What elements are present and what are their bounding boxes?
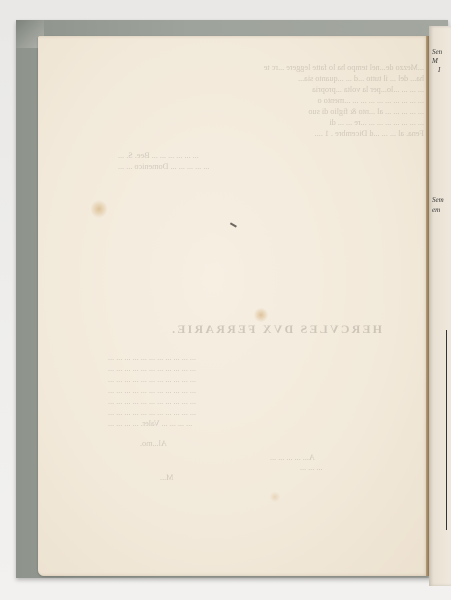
facing-page-text-5: em xyxy=(432,206,440,214)
bleed-heading: HERCVLES DVX FERRARIE. xyxy=(128,322,424,337)
bleed-line: ...Mezzo de...nel tempo ha lo fatte legg… xyxy=(108,62,424,73)
facing-page-text-3: I xyxy=(438,66,440,74)
bleed-closing: ... ... ... xyxy=(300,462,323,473)
bleed-body-line: ... ... ... ... ... ... ... ... ... ... … xyxy=(108,363,196,374)
bleed-line: Fena. al ... ... ...d Dicembre . 1 .... xyxy=(108,128,424,139)
bleed-body-line: ... ... ... ... ... ... ... ... ... ... … xyxy=(108,396,196,407)
bleed-line: ... ... ... ... ... ... ... ... ... ...m… xyxy=(108,95,424,106)
foxing-stain xyxy=(91,200,107,218)
bleed-signature: ... ... ... ... ... Domenico ... ... xyxy=(118,161,209,172)
page-gutter-edge xyxy=(426,36,429,576)
bleed-line: ... ... ... ... ... al ...nto & figlio d… xyxy=(108,106,424,117)
bleed-body-line: ... ... ... ... ... ... ... ... ... ... … xyxy=(108,385,196,396)
bleed-line: ... ... ... ...lo...per la volta ...prop… xyxy=(108,84,424,95)
bleed-body-line: ... ... ... ... ... ... ... ... ... ... … xyxy=(108,374,196,385)
bleed-line: ha... del ... il tutto ...d ... ...quant… xyxy=(108,73,424,84)
foxing-stain xyxy=(254,308,268,322)
bleed-closing: M... xyxy=(160,472,173,483)
bleed-closing: Al...mo. xyxy=(140,438,167,449)
bleed-line: ... ... ... ... ... ... ... ...re ... ..… xyxy=(108,117,424,128)
facing-page-text-1: Sen xyxy=(432,48,442,56)
facing-page-text-2: M xyxy=(432,57,438,65)
bleed-signature: ... ... ... ... ... ... Bee. S. ... xyxy=(118,150,199,161)
facing-page-text-4: Sem xyxy=(432,196,444,204)
bleed-body-line: ... ... ... ... ... ... ... ... ... ... … xyxy=(108,352,196,363)
facing-page-woodcut-edge xyxy=(446,330,451,530)
foxing-stain xyxy=(270,492,280,502)
bleed-body-line: ... ... ... ... Valer. ... ... ... ... xyxy=(108,418,192,429)
bleed-body-line: ... ... ... ... ... ... ... ... ... ... … xyxy=(108,407,196,418)
